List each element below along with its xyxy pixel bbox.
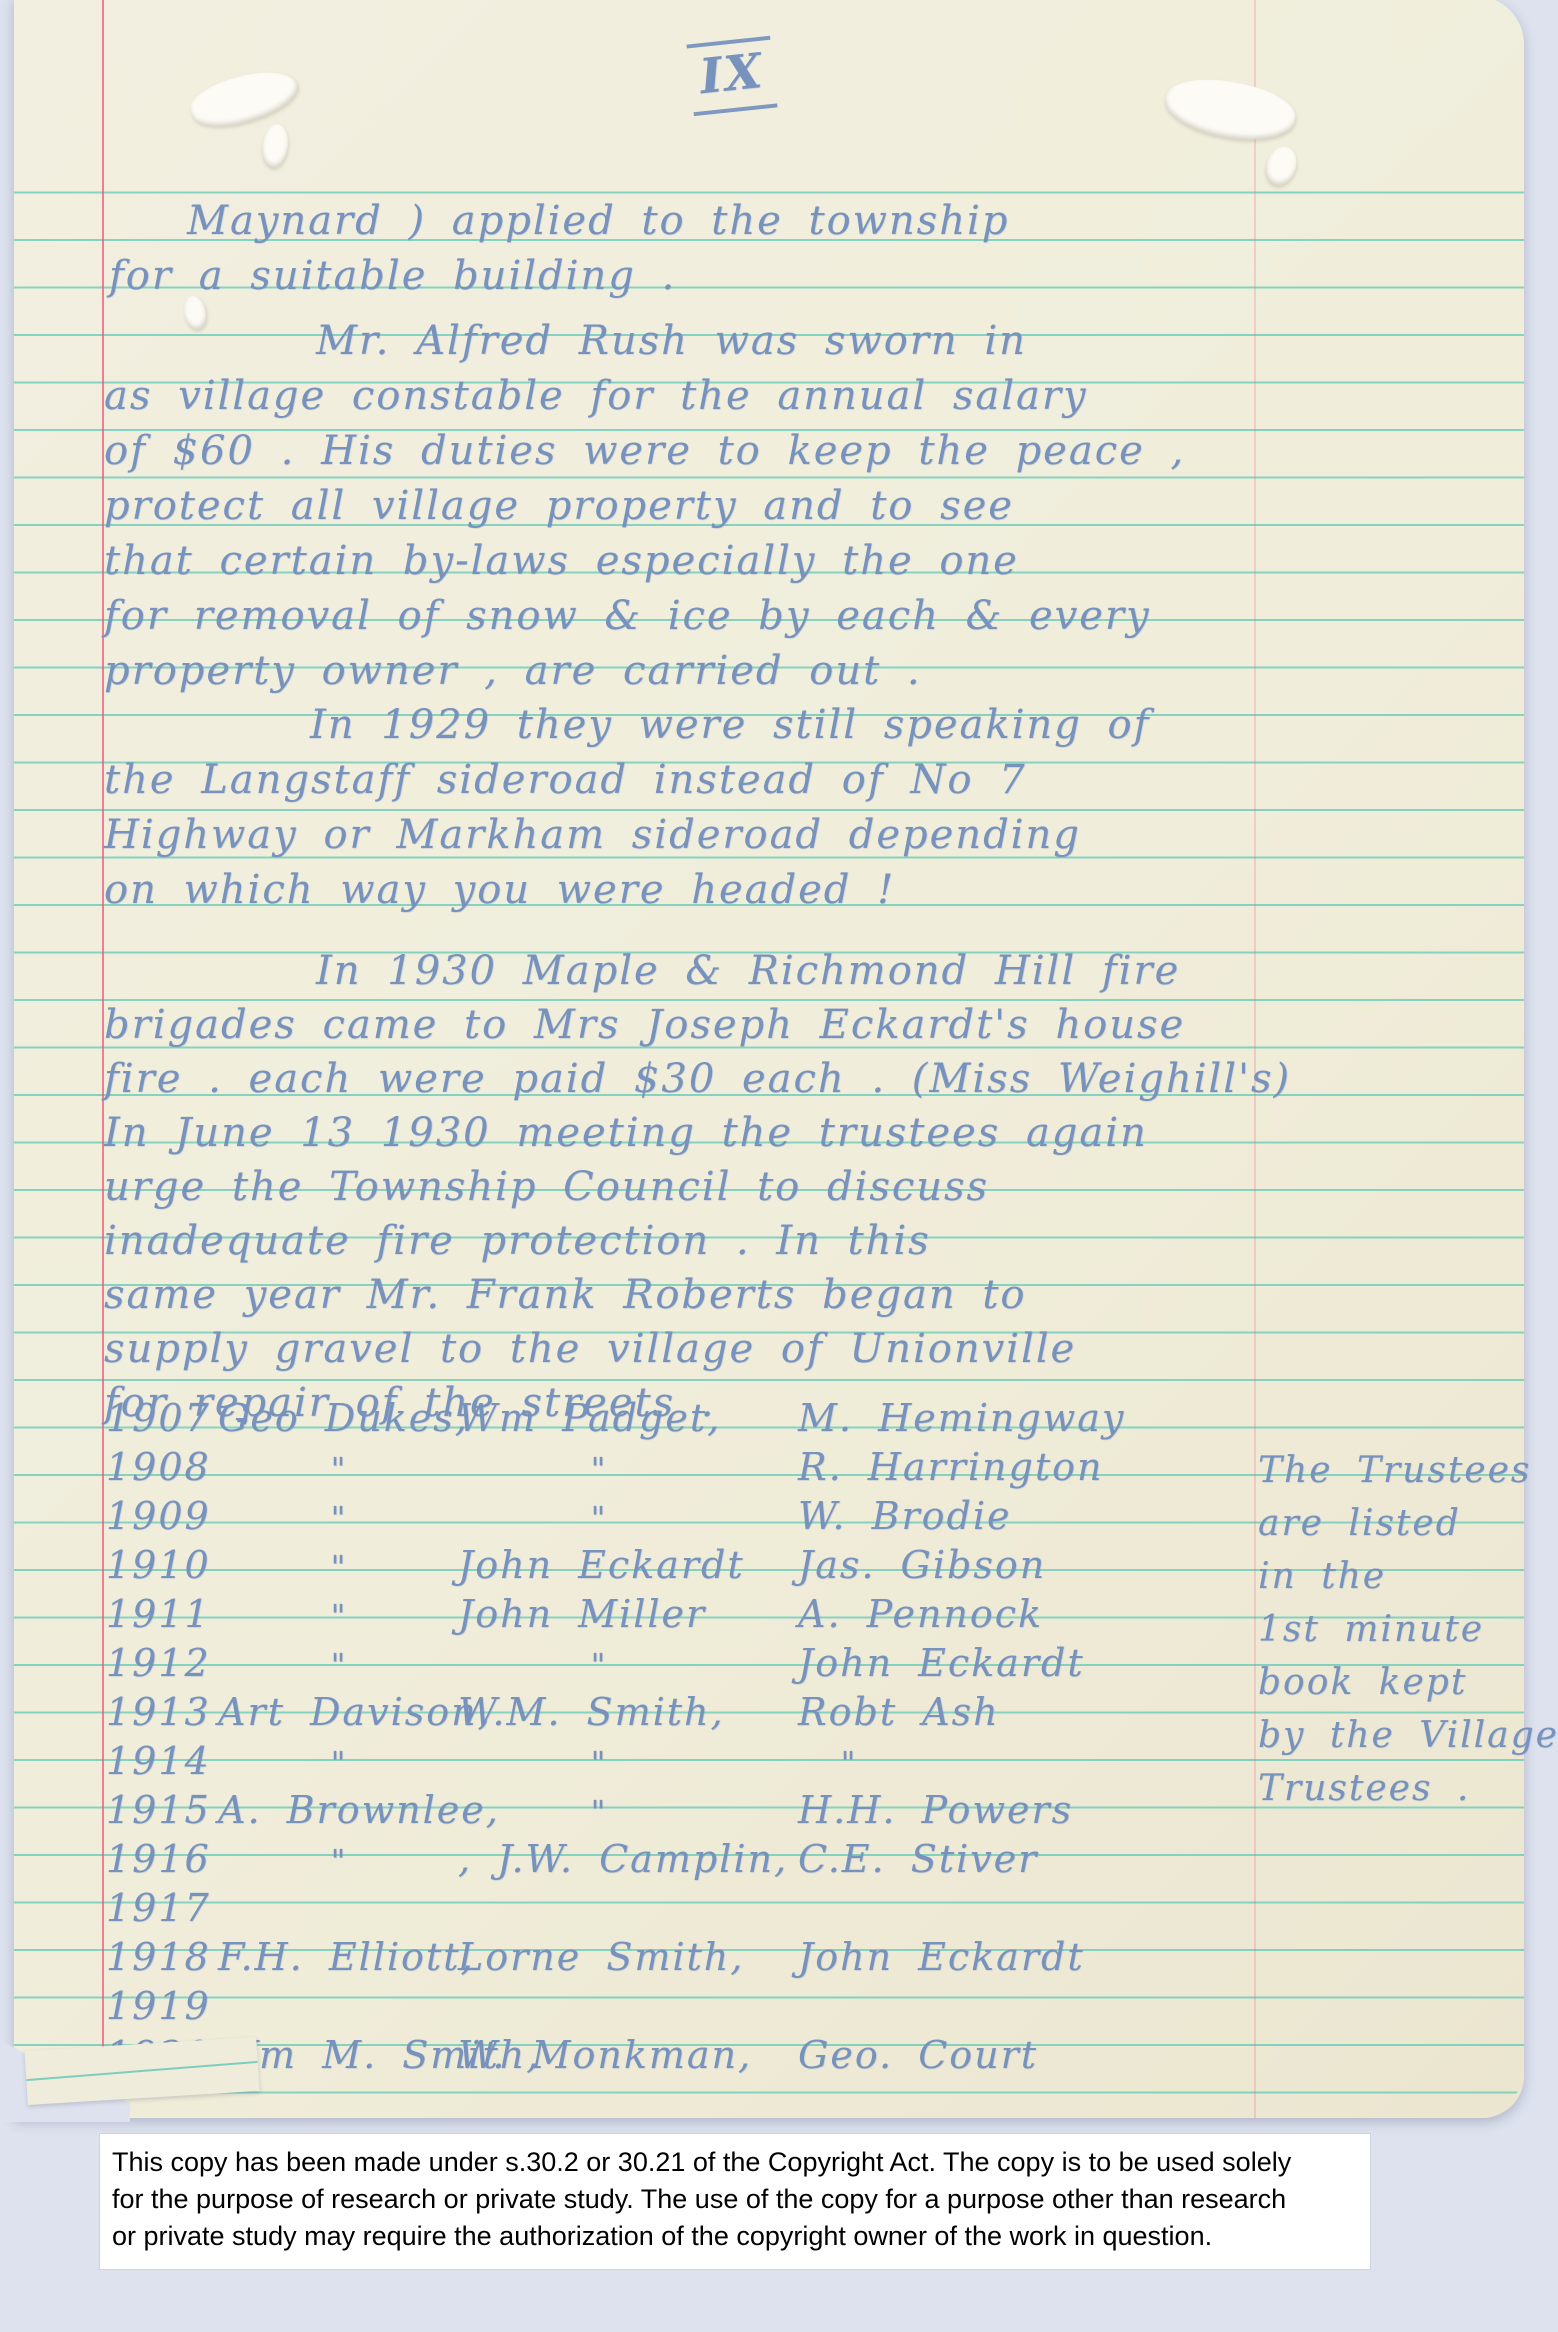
trustee-name: " [218, 1499, 458, 1537]
scanned-document: { "doc": { "page_number": "IX", "paragra… [0, 0, 1558, 2332]
trustee-name: John Eckardt [458, 1543, 738, 1587]
trustee-name: W. Monkman, [458, 2033, 738, 2077]
handwritten-line: for a suitable building . [109, 249, 1009, 304]
trustee-row: 1917 [106, 1886, 1476, 1935]
trustee-name: " [458, 1793, 738, 1831]
trustee-year: 1914 [106, 1739, 218, 1783]
handwritten-line: property owner , are carried out . [104, 644, 1185, 699]
trustee-row: 1907 - Geo Dukes, Wm Padget, M. Hemingwa… [106, 1396, 1476, 1445]
handwritten-line: urge the Township Council to discuss [104, 1160, 1291, 1214]
trustee-name: " [218, 1450, 458, 1488]
paragraph: In 1930 Maple & Richmond Hill fire briga… [104, 944, 1291, 1430]
handwritten-line: The Trustees [1258, 1444, 1558, 1497]
trustee-year: 1912 [106, 1641, 218, 1685]
paragraph: In 1929 they were still speaking of the … [104, 698, 1150, 918]
handwritten-line: book kept [1258, 1656, 1558, 1709]
handwritten-line: protect all village property and to see [104, 479, 1185, 534]
handwritten-line: brigades came to Mrs Joseph Eckardt's ho… [104, 998, 1291, 1052]
copyright-line: or private study may require the authori… [112, 2218, 1358, 2255]
handwritten-line: by the Village [1258, 1709, 1558, 1762]
trustee-year: 1908 [106, 1445, 218, 1489]
handwritten-line: Mr. Alfred Rush was sworn in [316, 314, 1185, 369]
trustee-year: 1915 [106, 1788, 218, 1832]
trustee-year: 1911 [106, 1592, 218, 1636]
trustee-name: " [458, 1499, 738, 1537]
trustee-row: 1919 [106, 1984, 1476, 2033]
trustee-name: John Miller [458, 1592, 738, 1636]
margin-note: The Trustees are listed in the 1st minut… [1258, 1444, 1558, 1815]
copyright-line: for the purpose of research or private s… [112, 2181, 1358, 2218]
handwritten-line: the Langstaff sideroad instead of No 7 [104, 753, 1150, 808]
handwritten-line: as village constable for the annual sala… [104, 369, 1185, 424]
trustee-row: 1918 F.H. Elliott, Lorne Smith, John Eck… [106, 1935, 1476, 1984]
handwritten-line: In 1929 they were still speaking of [310, 698, 1150, 753]
trustee-row: 1920 Wm M. Smith, W. Monkman, Geo. Court [106, 2033, 1476, 2082]
handwritten-line: Maynard ) applied to the township [187, 194, 1009, 249]
handwritten-line: that certain by-laws especially the one [104, 534, 1185, 589]
handwritten-line: In 1930 Maple & Richmond Hill fire [316, 944, 1291, 998]
trustee-year: 1909 [106, 1494, 218, 1538]
trustee-year: 1917 [106, 1886, 218, 1930]
trustee-year: 1916 [106, 1837, 218, 1881]
page-number: IX [686, 36, 777, 116]
handwritten-line: for removal of snow & ice by each & ever… [104, 589, 1185, 644]
trustee-row: 1916 " , J.W. Camplin, C.E. Stiver [106, 1837, 1476, 1886]
trustee-year: 1919 [106, 1984, 218, 2028]
trustee-name: " [218, 1744, 458, 1782]
trustee-name: W.M. Smith, [458, 1690, 738, 1734]
trustee-name: " [218, 1646, 458, 1684]
handwritten-line: In June 13 1930 meeting the trustees aga… [104, 1106, 1291, 1160]
trustee-name: John Eckardt [738, 1935, 1476, 1979]
trustee-name: " [218, 1842, 458, 1880]
trustee-year: 1913 [106, 1690, 218, 1734]
handwritten-line: fire . each were paid $30 each . (Miss W… [104, 1052, 1291, 1106]
trustee-name: " [458, 1646, 738, 1684]
handwritten-line: are listed [1258, 1497, 1558, 1550]
trustee-name: Geo. Court [738, 2033, 1476, 2077]
paper-tear [1160, 70, 1300, 150]
handwritten-line: same year Mr. Frank Roberts began to [104, 1268, 1291, 1322]
trustee-name: Art Davison, [218, 1690, 458, 1734]
paper-tear [185, 61, 304, 137]
paragraph: Maynard ) applied to the township for a … [109, 194, 1009, 304]
trustee-name: Wm Padget, [458, 1396, 738, 1440]
handwritten-line: 1st minute [1258, 1603, 1558, 1656]
copyright-line: This copy has been made under s.30.2 or … [112, 2144, 1358, 2181]
trustee-name: Geo Dukes, [218, 1396, 458, 1440]
handwritten-line: Highway or Markham sideroad depending [104, 808, 1150, 863]
ruled-line [26, 2061, 257, 2081]
handwritten-line: inadequate fire protection . In this [104, 1214, 1291, 1268]
trustee-year: 1910 [106, 1543, 218, 1587]
handwritten-line: supply gravel to the village of Unionvil… [104, 1322, 1291, 1376]
trustee-year: 1907 - [106, 1396, 218, 1440]
copyright-notice: This copy has been made under s.30.2 or … [100, 2134, 1370, 2269]
trustee-name: " [738, 1744, 958, 1782]
trustee-name: , J.W. Camplin, [458, 1837, 738, 1881]
trustee-name: F.H. Elliott, [218, 1935, 458, 1979]
handwritten-line: on which way you were headed ! [104, 863, 1150, 918]
trustee-name: " [458, 1744, 738, 1782]
notebook-page: IX Maynard ) applied to the township for… [14, 0, 1524, 2118]
trustee-name: " [218, 1548, 458, 1586]
trustee-name: " [218, 1597, 458, 1635]
paragraph: Mr. Alfred Rush was sworn in as village … [104, 314, 1185, 699]
trustee-name: M. Hemingway [738, 1396, 1476, 1440]
trustee-year: 1918 [106, 1935, 218, 1979]
handwritten-line: in the [1258, 1550, 1558, 1603]
trustee-name: Lorne Smith, [458, 1935, 738, 1979]
trustee-name: A. Brownlee, [218, 1788, 458, 1832]
handwritten-line: Trustees . [1258, 1762, 1558, 1815]
trustee-name: C.E. Stiver [738, 1837, 1476, 1881]
handwritten-line: of $60 . His duties were to keep the pea… [104, 424, 1185, 479]
trustee-name: " [458, 1450, 738, 1488]
